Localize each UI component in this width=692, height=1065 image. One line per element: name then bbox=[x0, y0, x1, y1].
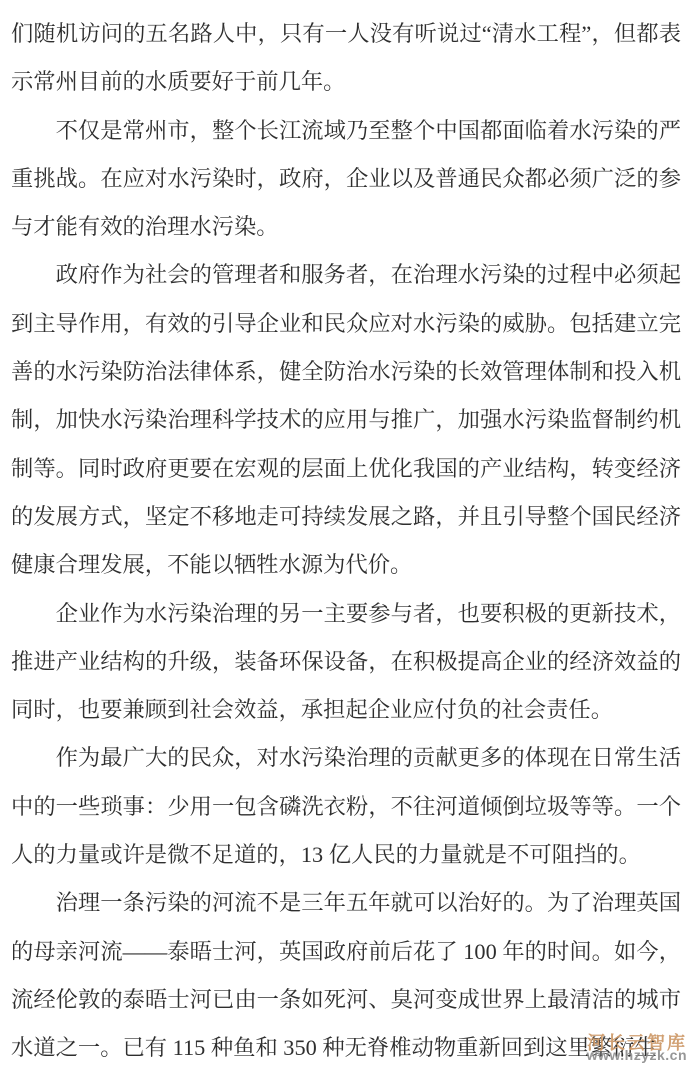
paragraph: 们随机访问的五名路人中，只有一人没有听说过“清水工程”，但都表示常州目前的水质要… bbox=[11, 10, 681, 107]
paragraph: 作为最广大的民众，对水污染治理的贡献更多的体现在日常生活中的一些琐事：少用一包含… bbox=[11, 734, 681, 879]
document-text: 们随机访问的五名路人中，只有一人没有听说过“清水工程”，但都表示常州目前的水质要… bbox=[0, 0, 692, 1065]
paragraph: 政府作为社会的管理者和服务者，在治理水污染的过程中必须起到主导作用，有效的引导企… bbox=[11, 251, 681, 589]
paragraph: 不仅是常州市，整个长江流域乃至整个中国都面临着水污染的严重挑战。在应对水污染时，… bbox=[11, 107, 681, 252]
paragraph: 企业作为水污染治理的另一主要参与者，也要积极的更新技术，推进产业结构的升级，装备… bbox=[11, 590, 681, 735]
paragraph: 治理一条污染的河流不是三年五年就可以治好的。为了治理英国的母亲河流——泰晤士河，… bbox=[11, 879, 681, 1065]
document-page: 们随机访问的五名路人中，只有一人没有听说过“清水工程”，但都表示常州目前的水质要… bbox=[0, 0, 692, 1065]
